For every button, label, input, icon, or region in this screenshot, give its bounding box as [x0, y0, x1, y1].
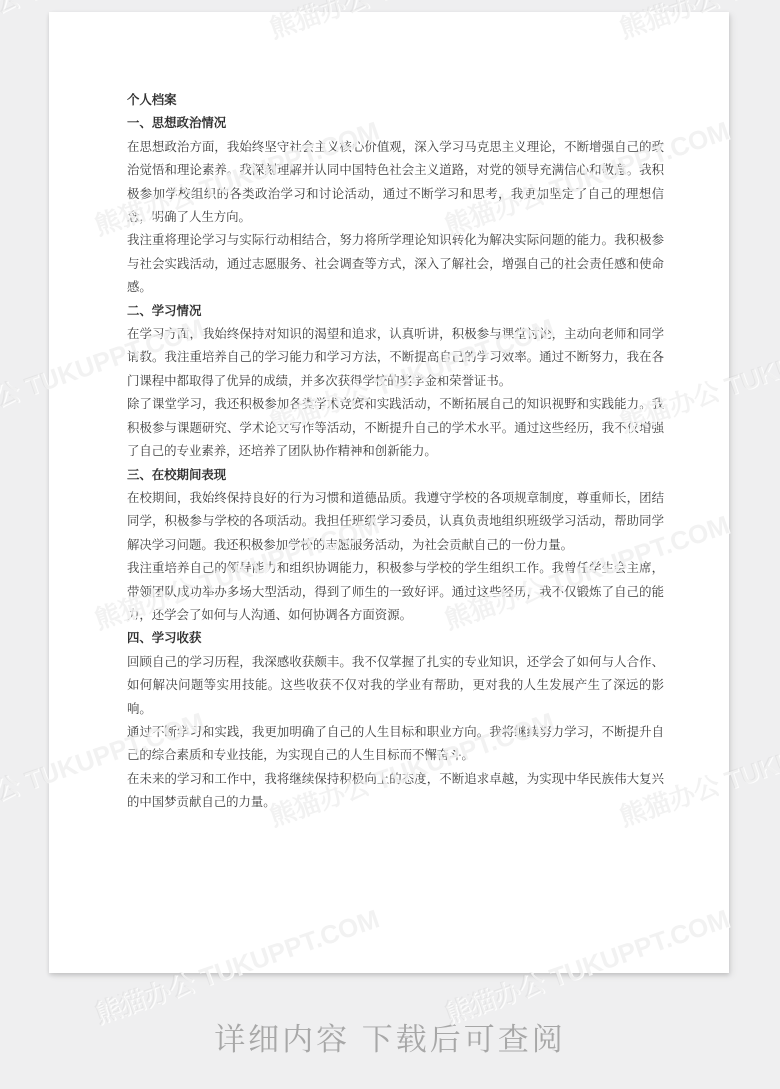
section-heading: 二、学习情况 — [127, 300, 664, 323]
document-page: 个人档案 一、思想政治情况在思想政治方面，我始终坚守社会主义核心价值观，深入学习… — [49, 12, 729, 973]
paragraph: 回顾自己的学习历程，我深感收获颇丰。我不仅掌握了扎实的专业知识，还学会了如何与人… — [127, 651, 664, 721]
section-heading: 一、思想政治情况 — [127, 112, 664, 135]
paragraph: 我注重将理论学习与实际行动相结合，努力将所学理论知识转化为解决实际问题的能力。我… — [127, 229, 664, 299]
paragraph: 在思想政治方面，我始终坚守社会主义核心价值观，深入学习马克思主义理论，不断增强自… — [127, 136, 664, 230]
paragraph: 在校期间，我始终保持良好的行为习惯和道德品质。我遵守学校的各项规章制度，尊重师长… — [127, 487, 664, 557]
document-sections: 一、思想政治情况在思想政治方面，我始终坚守社会主义核心价值观，深入学习马克思主义… — [127, 112, 664, 814]
paragraph: 我注重培养自己的领导能力和组织协调能力，积极参与学校的学生组织工作。我曾任学生会… — [127, 557, 664, 627]
paragraph: 除了课堂学习，我还积极参加各类学术竞赛和实践活动，不断拓展自己的知识视野和实践能… — [127, 393, 664, 463]
document-preview-stage: 个人档案 一、思想政治情况在思想政治方面，我始终坚守社会主义核心价值观，深入学习… — [0, 0, 780, 1089]
paragraph: 在学习方面，我始终保持对知识的渴望和追求，认真听讲，积极参与课堂讨论，主动向老师… — [127, 323, 664, 393]
section-heading: 三、在校期间表现 — [127, 464, 664, 487]
document-content: 个人档案 一、思想政治情况在思想政治方面，我始终坚守社会主义核心价值观，深入学习… — [127, 89, 664, 815]
paragraph: 通过不断学习和实践，我更加明确了自己的人生目标和职业方向。我将继续努力学习，不断… — [127, 721, 664, 768]
footer-notice: 详细内容 下载后可查阅 — [0, 1021, 780, 1059]
section-heading: 四、学习收获 — [127, 627, 664, 650]
paragraph: 在未来的学习和工作中，我将继续保持积极向上的态度，不断追求卓越，为实现中华民族伟… — [127, 768, 664, 815]
document-title: 个人档案 — [127, 89, 664, 112]
